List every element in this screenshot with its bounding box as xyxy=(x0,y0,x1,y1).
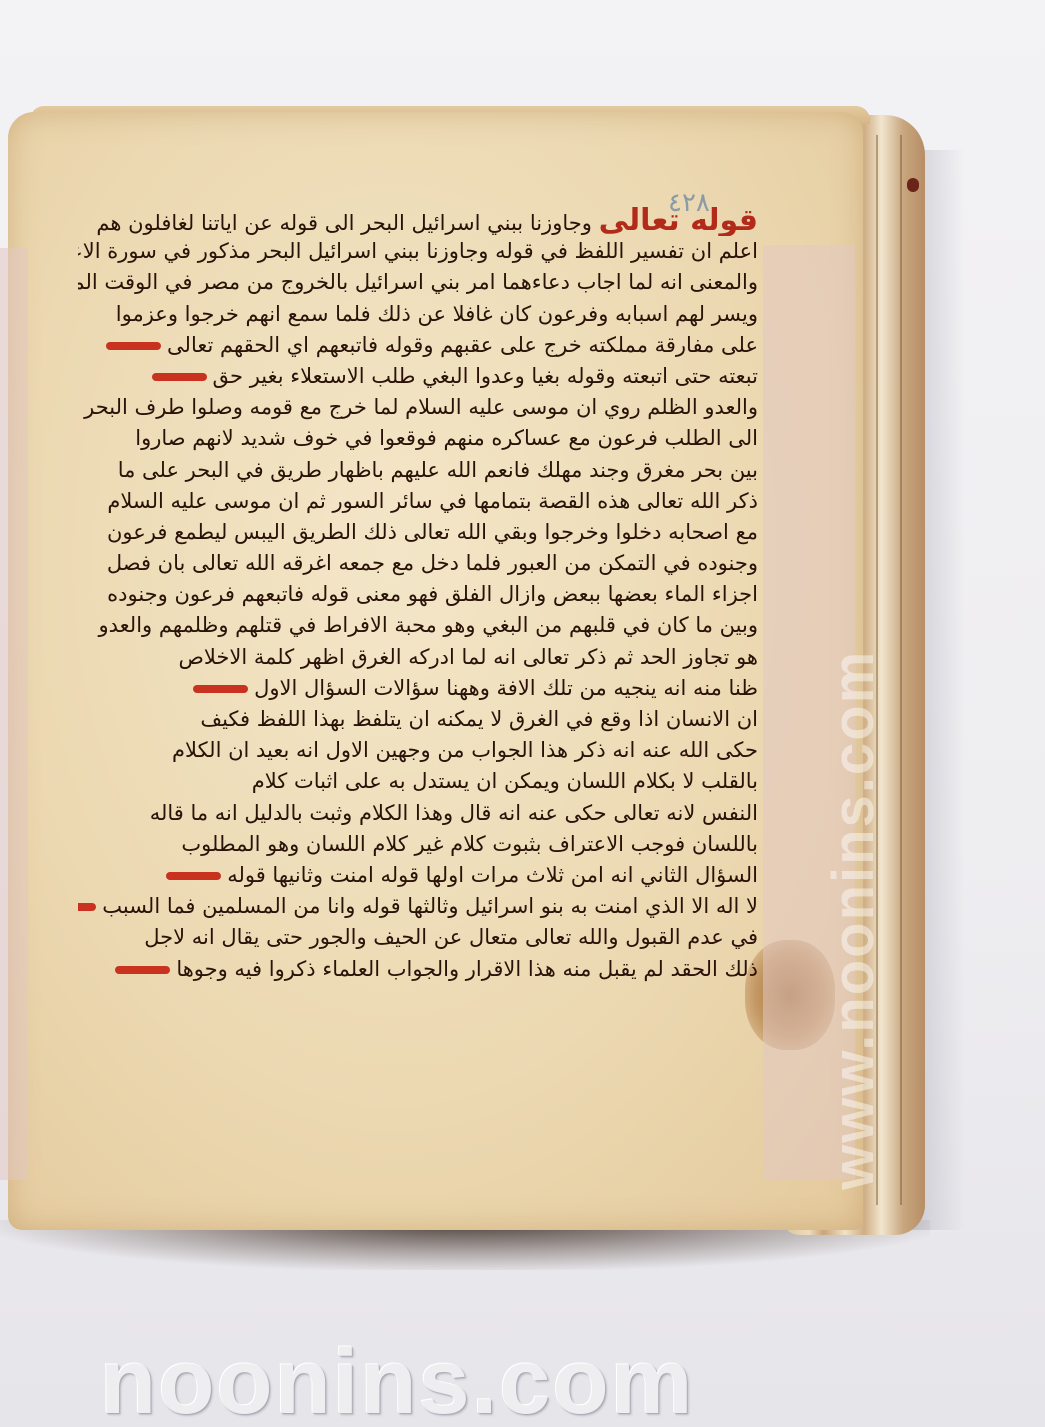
watermark-band-left xyxy=(0,248,28,1180)
text-line: النفس لانه تعالى حكى عنه انه قال وهذا ال… xyxy=(78,798,758,829)
text-line: وجنوده في التمكن من العبور فلما دخل مع ج… xyxy=(78,548,758,579)
bottom-watermark-text: noonins.com xyxy=(100,1330,694,1427)
text-line: مع اصحابه دخلوا وخرجوا وبقي الله تعالى ذ… xyxy=(78,517,758,548)
rubric-heading: قوله تعالى xyxy=(599,205,758,236)
text-line-with-rubric: ذلك الحقد لم يقبل منه هذا الاقرار والجوا… xyxy=(78,954,758,985)
text-line-with-rubric: لا اله الا الذي امنت به بنو اسرائيل وثال… xyxy=(78,891,758,922)
red-overline-mark xyxy=(193,685,248,693)
text-line: حكى الله عنه انه ذكر هذا الجواب من وجهين… xyxy=(78,735,758,766)
manuscript-text-block: قوله تعالى وجاوزنا ببني اسرائيل البحر ال… xyxy=(78,205,758,985)
text-line: ان الانسان اذا وقع في الغرق لا يمكنه ان … xyxy=(78,704,758,735)
text-line-with-rubric: ظنا منه انه ينجيه من تلك الافة وههنا سؤا… xyxy=(78,673,758,704)
text-line: وجاوزنا ببني اسرائيل البحر الى قوله عن ا… xyxy=(96,211,592,235)
text-line: الى الطلب فرعون مع عساكره منهم فوقعوا في… xyxy=(78,423,758,454)
red-overline-mark xyxy=(152,373,207,381)
text-line: والعدو الظلم روي ان موسى عليه السلام لما… xyxy=(78,392,758,423)
text-line: في عدم القبول والله تعالى متعال عن الحيف… xyxy=(78,922,758,953)
red-overline-mark xyxy=(115,966,170,974)
text-line: اعلم ان تفسير اللفظ في قوله وجاوزنا ببني… xyxy=(78,236,758,267)
vertical-watermark-text: www.noonins.com xyxy=(820,650,887,1190)
binding-leather-corner xyxy=(907,178,919,192)
text-line: وبين ما كان في قلبهم من البغي وهو محبة ا… xyxy=(78,610,758,641)
text-line-with-rubric: على مفارقة مملكته خرج على عقبهم وقوله فا… xyxy=(78,330,758,361)
text-line: اجزاء الماء بعضها ببعض وازال الفلق فهو م… xyxy=(78,579,758,610)
heading-line: قوله تعالى وجاوزنا ببني اسرائيل البحر ال… xyxy=(78,205,758,236)
text-line: ذكر الله تعالى هذه القصة بتمامها في سائر… xyxy=(78,486,758,517)
text-line: باللسان فوجب الاعتراف بثبوت كلام غير كلا… xyxy=(78,829,758,860)
text-line: هو تجاوز الحد ثم ذكر تعالى انه لما ادركه… xyxy=(78,642,758,673)
text-line: بالقلب لا بكلام اللسان ويمكن ان يستدل به… xyxy=(78,766,758,797)
red-overline-mark xyxy=(106,342,161,350)
text-line: والمعنى انه لما اجاب دعاءهما امر بني اسر… xyxy=(78,267,758,298)
red-overline-mark xyxy=(78,903,96,911)
text-line: ويسر لهم اسبابه وفرعون كان غافلا عن ذلك … xyxy=(78,299,758,330)
red-overline-mark xyxy=(166,872,221,880)
text-line: بين بحر مغرق وجند مهلك فانعم الله عليهم … xyxy=(78,455,758,486)
text-line-with-rubric: تبعته حتى اتبعته وقوله بغيا وعدوا البغي … xyxy=(78,361,758,392)
text-line-with-rubric: السؤال الثاني انه امن ثلاث مرات اولها قو… xyxy=(78,860,758,891)
